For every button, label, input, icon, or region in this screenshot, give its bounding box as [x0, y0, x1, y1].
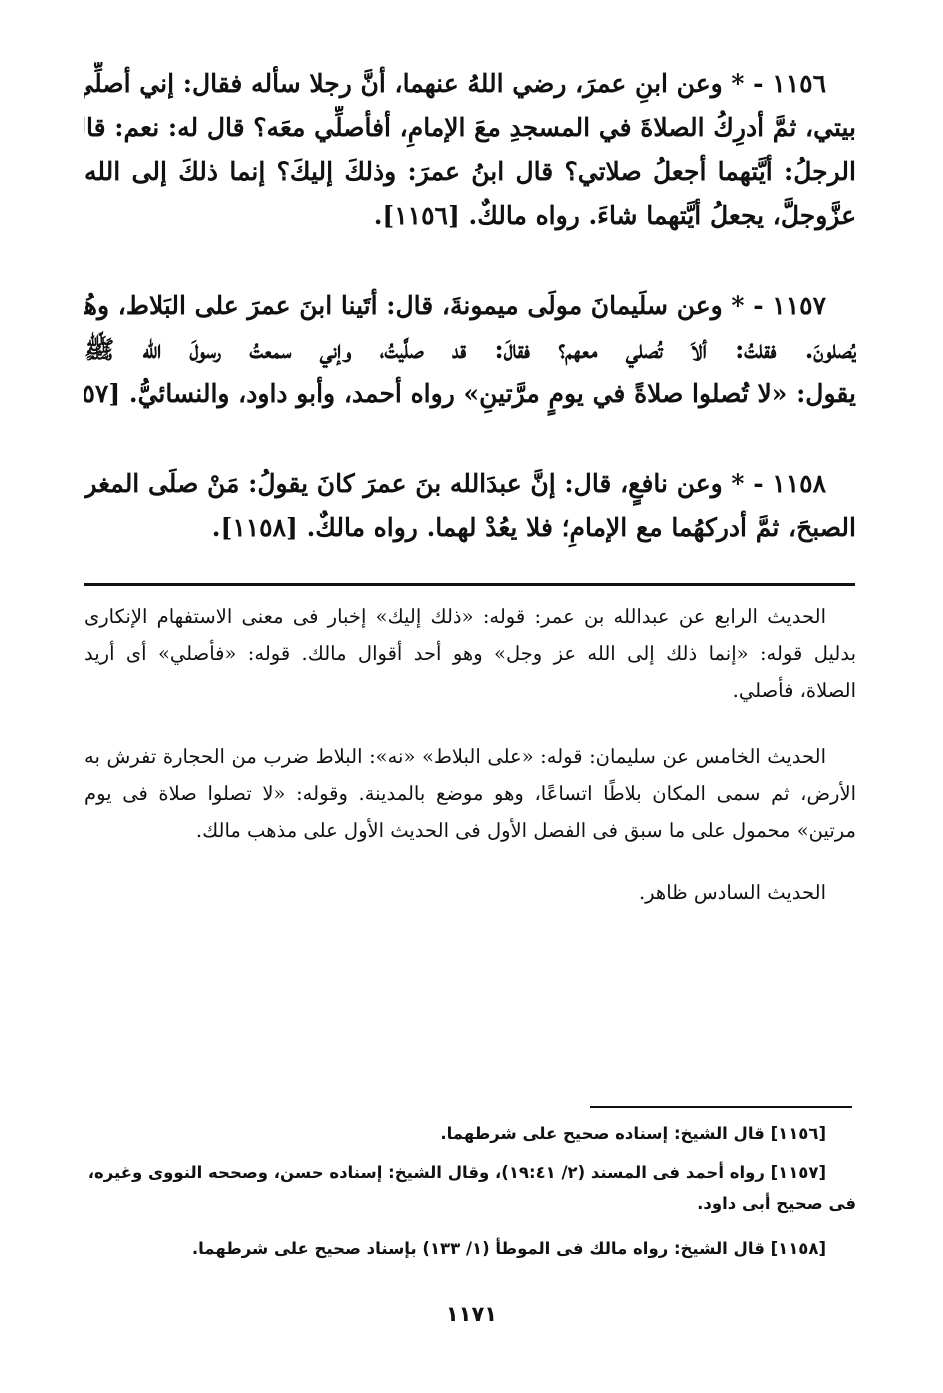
footnote-line: [١١٥٦] قال الشيخ: إسناده صحيح على شرطهما… — [84, 1118, 856, 1149]
footnote-line: فى صحيح أبى داود. — [84, 1188, 856, 1219]
hadith-line: ١١٥٦ - * وعن ابنِ عمرَ، رضي اللهُ عنهما،… — [84, 62, 856, 106]
commentary-line: مرتين» محمول على ما سبق فى الفصل الأول ف… — [84, 812, 856, 849]
commentary-line: الأرض، ثم سمى المكان بلاطًا اتساعًا، وهو… — [84, 775, 856, 812]
footnote-1157: [١١٥٧] رواه أحمد فى المسند (٢/ ١٩:٤١)، و… — [84, 1157, 856, 1219]
hadith-line: ١١٥٧ - * وعن سلَيمانَ مولَى ميمونةَ، قال… — [84, 284, 856, 328]
section-divider — [84, 583, 855, 586]
commentary-line: الحديث الخامس عن سليمان: قوله: «على البل… — [84, 738, 856, 775]
hadith-1157: ١١٥٧ - * وعن سلَيمانَ مولَى ميمونةَ، قال… — [84, 284, 856, 416]
commentary-hadith-6: الحديث السادس ظاهر. — [84, 874, 856, 911]
book-page: ١١٥٦ - * وعن ابنِ عمرَ، رضي اللهُ عنهما،… — [0, 0, 943, 1393]
commentary-hadith-4: الحديث الرابع عن عبدالله بن عمر: قوله: «… — [84, 598, 856, 709]
hadith-line: يقول: «لا تُصلوا صلاةً في يومٍ مرَّتينِ»… — [84, 372, 856, 416]
hadith-line: عزَّوجلَّ، يجعلُ أيَّتهما شاءَ. رواه مال… — [84, 194, 856, 238]
hadith-line: الصبحَ، ثمَّ أدركهُما مع الإمامِ؛ فلا يع… — [84, 506, 856, 550]
hadith-line: ١١٥٨ - * وعن نافعٍ، قال: إنَّ عبدَالله ب… — [84, 462, 856, 506]
hadith-line: يُصلونَ. فقلتُ: ألاَ تُصلي معهم؟ فقالَ: … — [84, 328, 856, 372]
commentary-line: بدليل قوله: «إنما ذلك إلى الله عز وجل» و… — [84, 635, 856, 672]
hadith-line: بيتي، ثمَّ أدرِكُ الصلاةَ في المسجدِ معَ… — [84, 106, 856, 150]
footnote-1156: [١١٥٦] قال الشيخ: إسناده صحيح على شرطهما… — [84, 1118, 856, 1149]
hadith-1156: ١١٥٦ - * وعن ابنِ عمرَ، رضي اللهُ عنهما،… — [84, 62, 856, 238]
hadith-line: الرجلُ: أيَّتهما أجعلُ صلاتي؟ قال ابنُ ع… — [84, 150, 856, 194]
footnote-line: [١١٥٨] قال الشيخ: رواه مالك فى الموطأ (١… — [84, 1233, 856, 1264]
footnote-divider — [590, 1106, 852, 1108]
commentary-hadith-5: الحديث الخامس عن سليمان: قوله: «على البل… — [84, 738, 856, 849]
page-number: ١١٧١ — [0, 1302, 943, 1326]
commentary-line: الحديث السادس ظاهر. — [84, 874, 856, 911]
footnote-1158: [١١٥٨] قال الشيخ: رواه مالك فى الموطأ (١… — [84, 1233, 856, 1264]
footnote-line: [١١٥٧] رواه أحمد فى المسند (٢/ ١٩:٤١)، و… — [84, 1157, 856, 1188]
hadith-1158: ١١٥٨ - * وعن نافعٍ، قال: إنَّ عبدَالله ب… — [84, 462, 856, 550]
commentary-line: الصلاة، فأصلي. — [84, 672, 856, 709]
commentary-line: الحديث الرابع عن عبدالله بن عمر: قوله: «… — [84, 598, 856, 635]
